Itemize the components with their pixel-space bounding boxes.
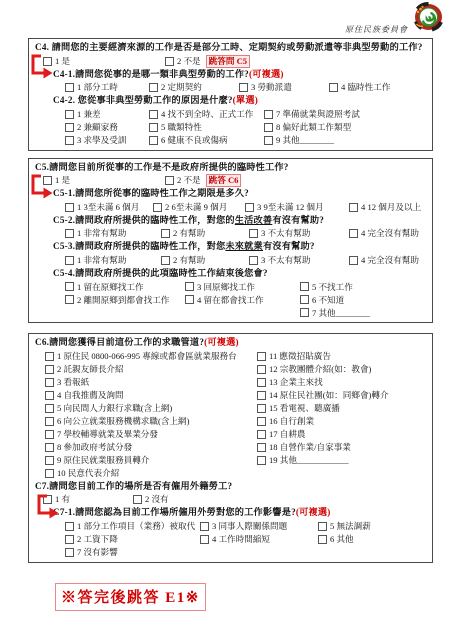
checkbox[interactable] — [257, 352, 266, 361]
option-label: 11 應徵招貼廣告 — [269, 350, 331, 362]
checkbox-option-c4-no[interactable]: 2 不是 — [165, 55, 201, 68]
checkbox[interactable] — [200, 522, 209, 531]
options-column: 7 準備就業與證照考試 8 偏好此類工作類型 9 其他________ — [264, 108, 360, 147]
option-label: 7 學校輔導就業及畢業分發 — [57, 428, 158, 440]
question-text: C6.請問您獲得目前這份工作的求職管道? — [35, 337, 204, 347]
checkbox[interactable] — [257, 430, 266, 439]
option-label: 4 完全沒有幫助 — [361, 227, 419, 240]
checkbox[interactable] — [300, 295, 309, 304]
checkbox-option[interactable]: 3 勞動派遣 — [239, 81, 329, 94]
option-label: 7 準備就業與證照考試 — [276, 108, 360, 120]
option-label: 15 看電視、聽廣播 — [269, 402, 340, 414]
option-label: 5 無法調薪 — [330, 520, 371, 532]
checkbox[interactable] — [264, 110, 273, 119]
option-label: 2 託親友師長介紹 — [57, 363, 124, 375]
checkbox-option[interactable]: 11 應徵招貼廣告 — [257, 350, 389, 363]
checkbox-option[interactable]: 4 完全沒有幫助 — [349, 254, 419, 267]
checkbox[interactable] — [153, 203, 162, 212]
option-label: 3 求學及受訓 — [77, 134, 126, 146]
option-label: 1 部分工作項目（業務）被取代 — [77, 520, 195, 532]
checkbox-option-c7-no[interactable]: 2 沒有 — [133, 493, 169, 506]
checkbox[interactable] — [65, 535, 74, 544]
option-label: 10 民意代表介紹 — [57, 467, 119, 479]
checkbox-option[interactable]: 2 定期契約 — [149, 81, 239, 94]
option-label: 7 沒有影響 — [77, 546, 118, 558]
checkbox-option[interactable]: 2 工資下降 — [65, 533, 200, 546]
checkbox[interactable] — [264, 136, 273, 145]
options-column: 1 原住民 0800-066-995 專線或都會區就業服務台 2 託親友師長介紹… — [45, 350, 257, 480]
option-label: 16 自行創業 — [269, 415, 314, 427]
option-label: 2 有幫助 — [173, 227, 205, 240]
checkbox-option[interactable]: 13 企業主來找 — [257, 376, 389, 389]
checkbox[interactable] — [318, 535, 327, 544]
skip-note-c5: 跳答問 C5 — [206, 55, 250, 68]
page-header: 原住民族委員會 — [0, 0, 452, 38]
checkbox-option[interactable]: 5 向民間人力銀行求職(含上網) — [45, 402, 257, 415]
option-label: 2 工資下降 — [77, 533, 118, 545]
checkbox[interactable] — [149, 110, 158, 119]
c5-3-options: 1 非常有幫助 2 有幫助 3 不太有幫助 4 完全沒有幫助 — [65, 254, 428, 267]
c7-subsection: C7.請問您目前工作的場所是否有僱用外籍勞工? 1 有 2 沒有 C7-1.請問… — [35, 480, 428, 559]
option-label: 3 回原鄉找工作 — [197, 281, 255, 293]
option-label: 6 健康不良或傷病 — [161, 134, 228, 146]
options-column: 3 回原鄉找工作 4 留在都會找工作 — [185, 280, 300, 319]
question-title-c5-2: C5-2.請問政府所提供的臨時性工作，對您的生活改善有沒有幫助? — [53, 214, 428, 228]
emphasized-text: 生活改善 — [235, 215, 273, 225]
c4-1-options: 1 部分工時 2 定期契約 3 勞動派遣 4 臨時性工作 — [65, 81, 428, 94]
checkbox-option[interactable]: 5 不找工作 — [300, 280, 370, 293]
checkbox-option[interactable]: 2 兼顧家務 — [65, 121, 149, 134]
checkbox-option[interactable]: 3 9至未滿 12 個月 — [245, 201, 349, 214]
checkbox[interactable] — [300, 308, 309, 317]
c7-answer-row: 1 有 2 沒有 — [43, 493, 428, 506]
checkbox[interactable] — [65, 295, 74, 304]
question-title-c4-2: C4-2. 您從事非典型勞動工作的原因是什麼?(單選) — [53, 94, 428, 108]
checkbox-option[interactable]: 18 自營作業/自家事業 — [257, 441, 389, 454]
checkbox-option[interactable]: 9 其他________ — [264, 134, 360, 147]
question-text: 有沒有幫助? — [263, 241, 315, 251]
checkbox-option[interactable]: 2 有幫助 — [161, 254, 249, 267]
option-label: 14 原住民社團(如：同鄉會)轉介 — [269, 389, 389, 401]
checkbox[interactable] — [65, 522, 74, 531]
checkbox[interactable] — [45, 391, 54, 400]
checkbox[interactable] — [300, 282, 309, 291]
checkbox[interactable] — [149, 83, 158, 92]
option-label: 6 其他 — [330, 533, 354, 545]
checkbox-option[interactable]: 7 沒有影響 — [65, 546, 200, 559]
checkbox[interactable] — [264, 123, 273, 132]
checkbox[interactable] — [257, 365, 266, 374]
option-label: 2 6至未滿 9 個月 — [165, 201, 227, 214]
skip-arrow-icon — [31, 174, 53, 199]
checkbox-option[interactable]: 1 留在原鄉找工作 — [65, 280, 185, 293]
checkbox-option[interactable]: 12 宗教團體介紹(如：教會) — [257, 363, 389, 376]
checkbox-option[interactable]: 3 回原鄉找工作 — [185, 280, 300, 293]
checkbox[interactable] — [200, 535, 209, 544]
option-label: 12 宗教團體介紹(如：教會) — [269, 363, 371, 375]
checkbox-option[interactable]: 1 3至未滿 6 個月 — [65, 201, 153, 214]
option-label: 3 不太有幫助 — [261, 254, 310, 267]
option-label: 1 非常有幫助 — [77, 227, 126, 240]
option-label: 3 看報紙 — [57, 376, 89, 388]
checkbox-option[interactable]: 4 留在都會找工作 — [185, 293, 300, 306]
checkbox[interactable] — [257, 417, 266, 426]
option-label: 3 同事人際關係問題 — [212, 520, 287, 532]
checkbox[interactable] — [149, 136, 158, 145]
c5-1-options: 1 3至未滿 6 個月 2 6至未滿 9 個月 3 9至未滿 12 個月 4 1… — [65, 201, 428, 214]
checkbox[interactable] — [45, 443, 54, 452]
option-label: 3 勞動派遣 — [251, 81, 292, 94]
question-title-c7-1: C7-1.請問您認為目前工作場所僱用外勞對您的工作影響是?(可複選) — [53, 506, 428, 520]
options-column: 1 部分工作項目（業務）被取代 2 工資下降 7 沒有影響 — [65, 520, 200, 559]
question-text: C5-3.請問政府所提供的臨時性工作，對您 — [53, 241, 225, 251]
option-label: 2 沒有 — [145, 493, 169, 506]
checkbox-option[interactable]: 2 託親友師長介紹 — [45, 363, 257, 376]
options-column: 3 同事人際關係問題 4 工作時間縮短 — [200, 520, 318, 559]
checkbox-option[interactable]: 3 不太有幫助 — [249, 227, 349, 240]
option-label: 2 不是 — [177, 55, 201, 68]
checkbox[interactable] — [65, 282, 74, 291]
checkbox[interactable] — [65, 203, 74, 212]
option-label: 5 不找工作 — [312, 281, 353, 293]
option-label: 2 離開原鄉到都會找工作 — [77, 294, 169, 306]
checkbox-option[interactable]: 4 12 個月及以上 — [349, 201, 421, 214]
option-label: 1 非常有幫助 — [77, 254, 126, 267]
checkbox-option[interactable]: 1 部分工時 — [65, 81, 149, 94]
checkbox-option[interactable]: 4 臨時性工作 — [329, 81, 390, 94]
option-label: 4 12 個月及以上 — [361, 201, 421, 214]
checkbox[interactable] — [65, 256, 74, 265]
multi-select-note: (可複選) — [204, 337, 239, 347]
checkbox[interactable] — [349, 256, 358, 265]
option-label: 1 部分工時 — [77, 81, 118, 94]
checkbox-option[interactable]: 2 有幫助 — [161, 227, 249, 240]
question-text: C4-1.請問您從事的是哪一類非典型勞動的工作? — [53, 69, 249, 79]
checkbox-option[interactable]: 1 部分工作項目（業務）被取代 — [65, 520, 200, 533]
checkbox[interactable] — [245, 203, 254, 212]
c7-1-options: 1 部分工作項目（業務）被取代 2 工資下降 7 沒有影響 3 同事人際關係問題… — [65, 520, 428, 559]
checkbox[interactable] — [65, 136, 74, 145]
question-text: C5-2.請問政府所提供的臨時性工作，對您的 — [53, 215, 235, 225]
option-label: 4 找不到全時、正式工作 — [161, 108, 253, 120]
question-section-c5: C5.請問您目前所從事的工作是不是政府所提供的臨時性工作? 1 是 2 不是 跳… — [28, 158, 433, 324]
question-text: C7-1.請問您認為目前工作場所僱用外勞對您的工作影響是? — [53, 507, 296, 517]
c5-2-options: 1 非常有幫助 2 有幫助 3 不太有幫助 4 完全沒有幫助 — [65, 227, 428, 240]
question-title-c5-3: C5-3.請問政府所提供的臨時性工作，對您未來就業有沒有幫助? — [53, 240, 428, 254]
option-label: 17 自耕農 — [269, 428, 306, 440]
checkbox-option[interactable]: 2 離開原鄉到都會找工作 — [65, 293, 185, 306]
checkbox-option[interactable]: 6 健康不良或傷病 — [149, 134, 264, 147]
checkbox[interactable] — [45, 365, 54, 374]
option-label: 1 是 — [55, 174, 70, 187]
agency-logo-icon — [411, 2, 444, 33]
c4-answer-row: 1 是 2 不是 跳答問 C5 — [43, 55, 428, 68]
checkbox-option[interactable]: 2 6至未滿 9 個月 — [153, 201, 245, 214]
checkbox-option[interactable]: 8 偏好此類工作類型 — [264, 121, 360, 134]
multi-select-note: (可複選) — [249, 69, 284, 79]
option-label: 5 向民間人力銀行求職(含上網) — [57, 402, 172, 414]
checkbox[interactable] — [45, 378, 54, 387]
option-label: 13 企業主來找 — [269, 376, 323, 388]
checkbox-option[interactable]: 15 看電視、聽廣播 — [257, 402, 389, 415]
options-column: 11 應徵招貼廣告 12 宗教團體介紹(如：教會) 13 企業主來找 14 原住… — [257, 350, 389, 480]
checkbox[interactable] — [45, 430, 54, 439]
options-column: 1 兼差 2 兼顧家務 3 求學及受訓 — [65, 108, 149, 147]
checkbox[interactable] — [257, 456, 266, 465]
option-label: 2 不是 — [177, 174, 201, 187]
emphasized-text: 未來就業 — [225, 241, 263, 251]
option-label: 4 臨時性工作 — [341, 81, 390, 94]
skip-note-c6: 跳答 C6 — [206, 174, 242, 187]
checkbox[interactable] — [165, 57, 174, 66]
checkbox-option[interactable]: 7 準備就業與證照考試 — [264, 108, 360, 121]
checkbox[interactable] — [318, 522, 327, 531]
multi-select-note: (可複選) — [296, 507, 331, 517]
checkbox[interactable] — [257, 378, 266, 387]
checkbox-option[interactable]: 1 非常有幫助 — [65, 254, 161, 267]
checkbox[interactable] — [185, 295, 194, 304]
option-label: 2 兼顧家務 — [77, 121, 118, 133]
checkbox[interactable] — [45, 456, 54, 465]
c5-4-options: 1 留在原鄉找工作 2 離開原鄉到都會找工作 3 回原鄉找工作 4 留在都會找工… — [65, 280, 428, 319]
options-column: 5 不找工作 6 不知道 7 其他________ — [300, 280, 370, 319]
skip-arrow-icon — [37, 494, 59, 519]
question-title-c6: C6.請問您獲得目前這份工作的求職管道?(可複選) — [35, 336, 428, 350]
jump-to-e1-note: ※答完後跳答 E1※ — [55, 583, 206, 611]
option-label: 1 是 — [55, 55, 70, 68]
option-label: 9 其他________ — [276, 134, 334, 146]
option-label: 3 9至未滿 12 個月 — [257, 201, 324, 214]
option-label: 5 職類特性 — [161, 121, 202, 133]
checkbox[interactable] — [257, 391, 266, 400]
checkbox-option[interactable]: 5 無法調薪 — [318, 520, 371, 533]
options-column: 1 留在原鄉找工作 2 離開原鄉到都會找工作 — [65, 280, 185, 319]
question-text: C4-2. 您從事非典型勞動工作的原因是什麼? — [53, 95, 233, 105]
agency-name: 原住民族委員會 — [345, 24, 408, 35]
checkbox-option[interactable]: 7 其他________ — [300, 306, 370, 319]
question-title-c5-4: C5-4.請問政府所提供的此項臨時性工作結束後您會? — [53, 267, 428, 281]
checkbox[interactable] — [329, 83, 338, 92]
checkbox[interactable] — [65, 123, 74, 132]
question-title-c5-1: C5-1.請問您所從事的臨時性工作之期限是多久? — [53, 187, 428, 201]
checkbox[interactable] — [149, 123, 158, 132]
option-label: 4 留在都會找工作 — [197, 294, 264, 306]
checkbox[interactable] — [349, 229, 358, 238]
options-column: 5 無法調薪 6 其他 — [318, 520, 371, 559]
checkbox[interactable] — [349, 203, 358, 212]
checkbox-option[interactable]: 1 非常有幫助 — [65, 227, 161, 240]
option-label: 1 留在原鄉找工作 — [77, 281, 144, 293]
checkbox-option[interactable]: 4 自我推薦及詢問 — [45, 389, 257, 402]
checkbox[interactable] — [45, 417, 54, 426]
checkbox-option-c5-no[interactable]: 2 不是 — [165, 174, 201, 187]
checkbox-option[interactable]: 14 原住民社團(如：同鄉會)轉介 — [257, 389, 389, 402]
option-label: 7 其他________ — [312, 307, 370, 319]
checkbox[interactable] — [45, 469, 54, 478]
checkbox[interactable] — [133, 495, 142, 504]
c6-options: 1 原住民 0800-066-995 專線或都會區就業服務台 2 託親友師長介紹… — [45, 350, 428, 480]
checkbox[interactable] — [257, 404, 266, 413]
option-label: 2 有幫助 — [173, 254, 205, 267]
checkbox[interactable] — [249, 256, 258, 265]
option-label: 8 參加政府考試分發 — [57, 441, 132, 453]
question-title-c5: C5.請問您目前所從事的工作是不是政府所提供的臨時性工作? — [35, 161, 428, 175]
question-title-c7: C7.請問您目前工作的場所是否有僱用外籍勞工? — [35, 480, 428, 494]
option-label: 3 不太有幫助 — [261, 227, 310, 240]
checkbox[interactable] — [45, 404, 54, 413]
checkbox-option[interactable]: 3 看報紙 — [45, 376, 257, 389]
checkbox-option[interactable]: 4 找不到全時、正式工作 — [149, 108, 264, 121]
checkbox-option[interactable]: 3 不太有幫助 — [249, 254, 349, 267]
option-label: 19 其他____________ — [269, 454, 349, 466]
c5-answer-row: 1 是 2 不是 跳答 C6 — [43, 174, 428, 187]
checkbox-option[interactable]: 6 其他 — [318, 533, 371, 546]
single-select-note: (單選) — [233, 95, 258, 105]
checkbox[interactable] — [249, 229, 258, 238]
option-label: 18 自營作業/自家事業 — [269, 441, 351, 453]
checkbox-option[interactable]: 16 自行創業 — [257, 415, 389, 428]
option-label: 4 完全沒有幫助 — [361, 254, 419, 267]
option-label: 6 不知道 — [312, 294, 344, 306]
checkbox-option[interactable]: 6 不知道 — [300, 293, 370, 306]
checkbox-option-c4-yes[interactable]: 1 是 — [43, 55, 165, 68]
checkbox-option[interactable]: 1 原住民 0800-066-995 專線或都會區就業服務台 — [45, 350, 257, 363]
checkbox-option[interactable]: 9 原住民就業服務員轉介 — [45, 454, 257, 467]
checkbox[interactable] — [65, 548, 74, 557]
checkbox-option[interactable]: 5 職類特性 — [149, 121, 264, 134]
option-label: 9 原住民就業服務員轉介 — [57, 454, 149, 466]
checkbox-option[interactable]: 1 兼差 — [65, 108, 149, 121]
checkbox[interactable] — [161, 256, 170, 265]
checkbox[interactable] — [165, 176, 174, 185]
checkbox[interactable] — [45, 352, 54, 361]
question-title-c4-1: C4-1.請問您從事的是哪一類非典型勞動的工作?(可複選) — [53, 68, 428, 82]
option-label: 1 兼差 — [77, 108, 101, 120]
option-label: 1 3至未滿 6 個月 — [77, 201, 139, 214]
option-label: 4 工作時間縮短 — [212, 533, 270, 545]
option-label: 1 原住民 0800-066-995 專線或都會區就業服務台 — [57, 350, 237, 362]
question-title-c4: C4. 請問您的主要經濟來源的工作是否是部分工時、定期契約或勞動派遣等非典型勞動… — [35, 41, 428, 55]
checkbox-option[interactable]: 3 求學及受訓 — [65, 134, 149, 147]
checkbox-option[interactable]: 17 自耕農 — [257, 428, 389, 441]
option-label: 4 自我推薦及詢問 — [57, 389, 124, 401]
checkbox[interactable] — [65, 229, 74, 238]
checkbox-option-c5-yes[interactable]: 1 是 — [43, 174, 165, 187]
checkbox-option[interactable]: 3 同事人際關係問題 — [200, 520, 318, 533]
checkbox-option[interactable]: 4 工作時間縮短 — [200, 533, 318, 546]
checkbox-option[interactable]: 4 完全沒有幫助 — [349, 227, 419, 240]
checkbox[interactable] — [239, 83, 248, 92]
checkbox[interactable] — [65, 110, 74, 119]
checkbox-option[interactable]: 19 其他____________ — [257, 454, 389, 467]
question-text: 有沒有幫助? — [272, 215, 324, 225]
question-section-c6-c7: C6.請問您獲得目前這份工作的求職管道?(可複選) 1 原住民 0800-066… — [28, 333, 433, 563]
checkbox[interactable] — [185, 282, 194, 291]
question-section-c4: C4. 請問您的主要經濟來源的工作是否是部分工時、定期契約或勞動派遣等非典型勞動… — [28, 38, 433, 151]
checkbox-option[interactable]: 10 民意代表介紹 — [45, 467, 257, 480]
checkbox[interactable] — [161, 229, 170, 238]
checkbox[interactable] — [257, 443, 266, 452]
option-label: 6 向公立就業服務機構求職(含上網) — [57, 415, 189, 427]
c4-2-options: 1 兼差 2 兼顧家務 3 求學及受訓 4 找不到全時、正式工作 5 職類特性 … — [65, 108, 428, 147]
checkbox-option[interactable]: 6 向公立就業服務機構求職(含上網) — [45, 415, 257, 428]
options-column: 4 找不到全時、正式工作 5 職類特性 6 健康不良或傷病 — [149, 108, 264, 147]
skip-arrow-icon — [31, 54, 53, 79]
checkbox-option[interactable]: 8 參加政府考試分發 — [45, 441, 257, 454]
checkbox[interactable] — [65, 83, 74, 92]
checkbox-option[interactable]: 7 學校輔導就業及畢業分發 — [45, 428, 257, 441]
option-label: 8 偏好此類工作類型 — [276, 121, 351, 133]
option-label: 2 定期契約 — [161, 81, 202, 94]
